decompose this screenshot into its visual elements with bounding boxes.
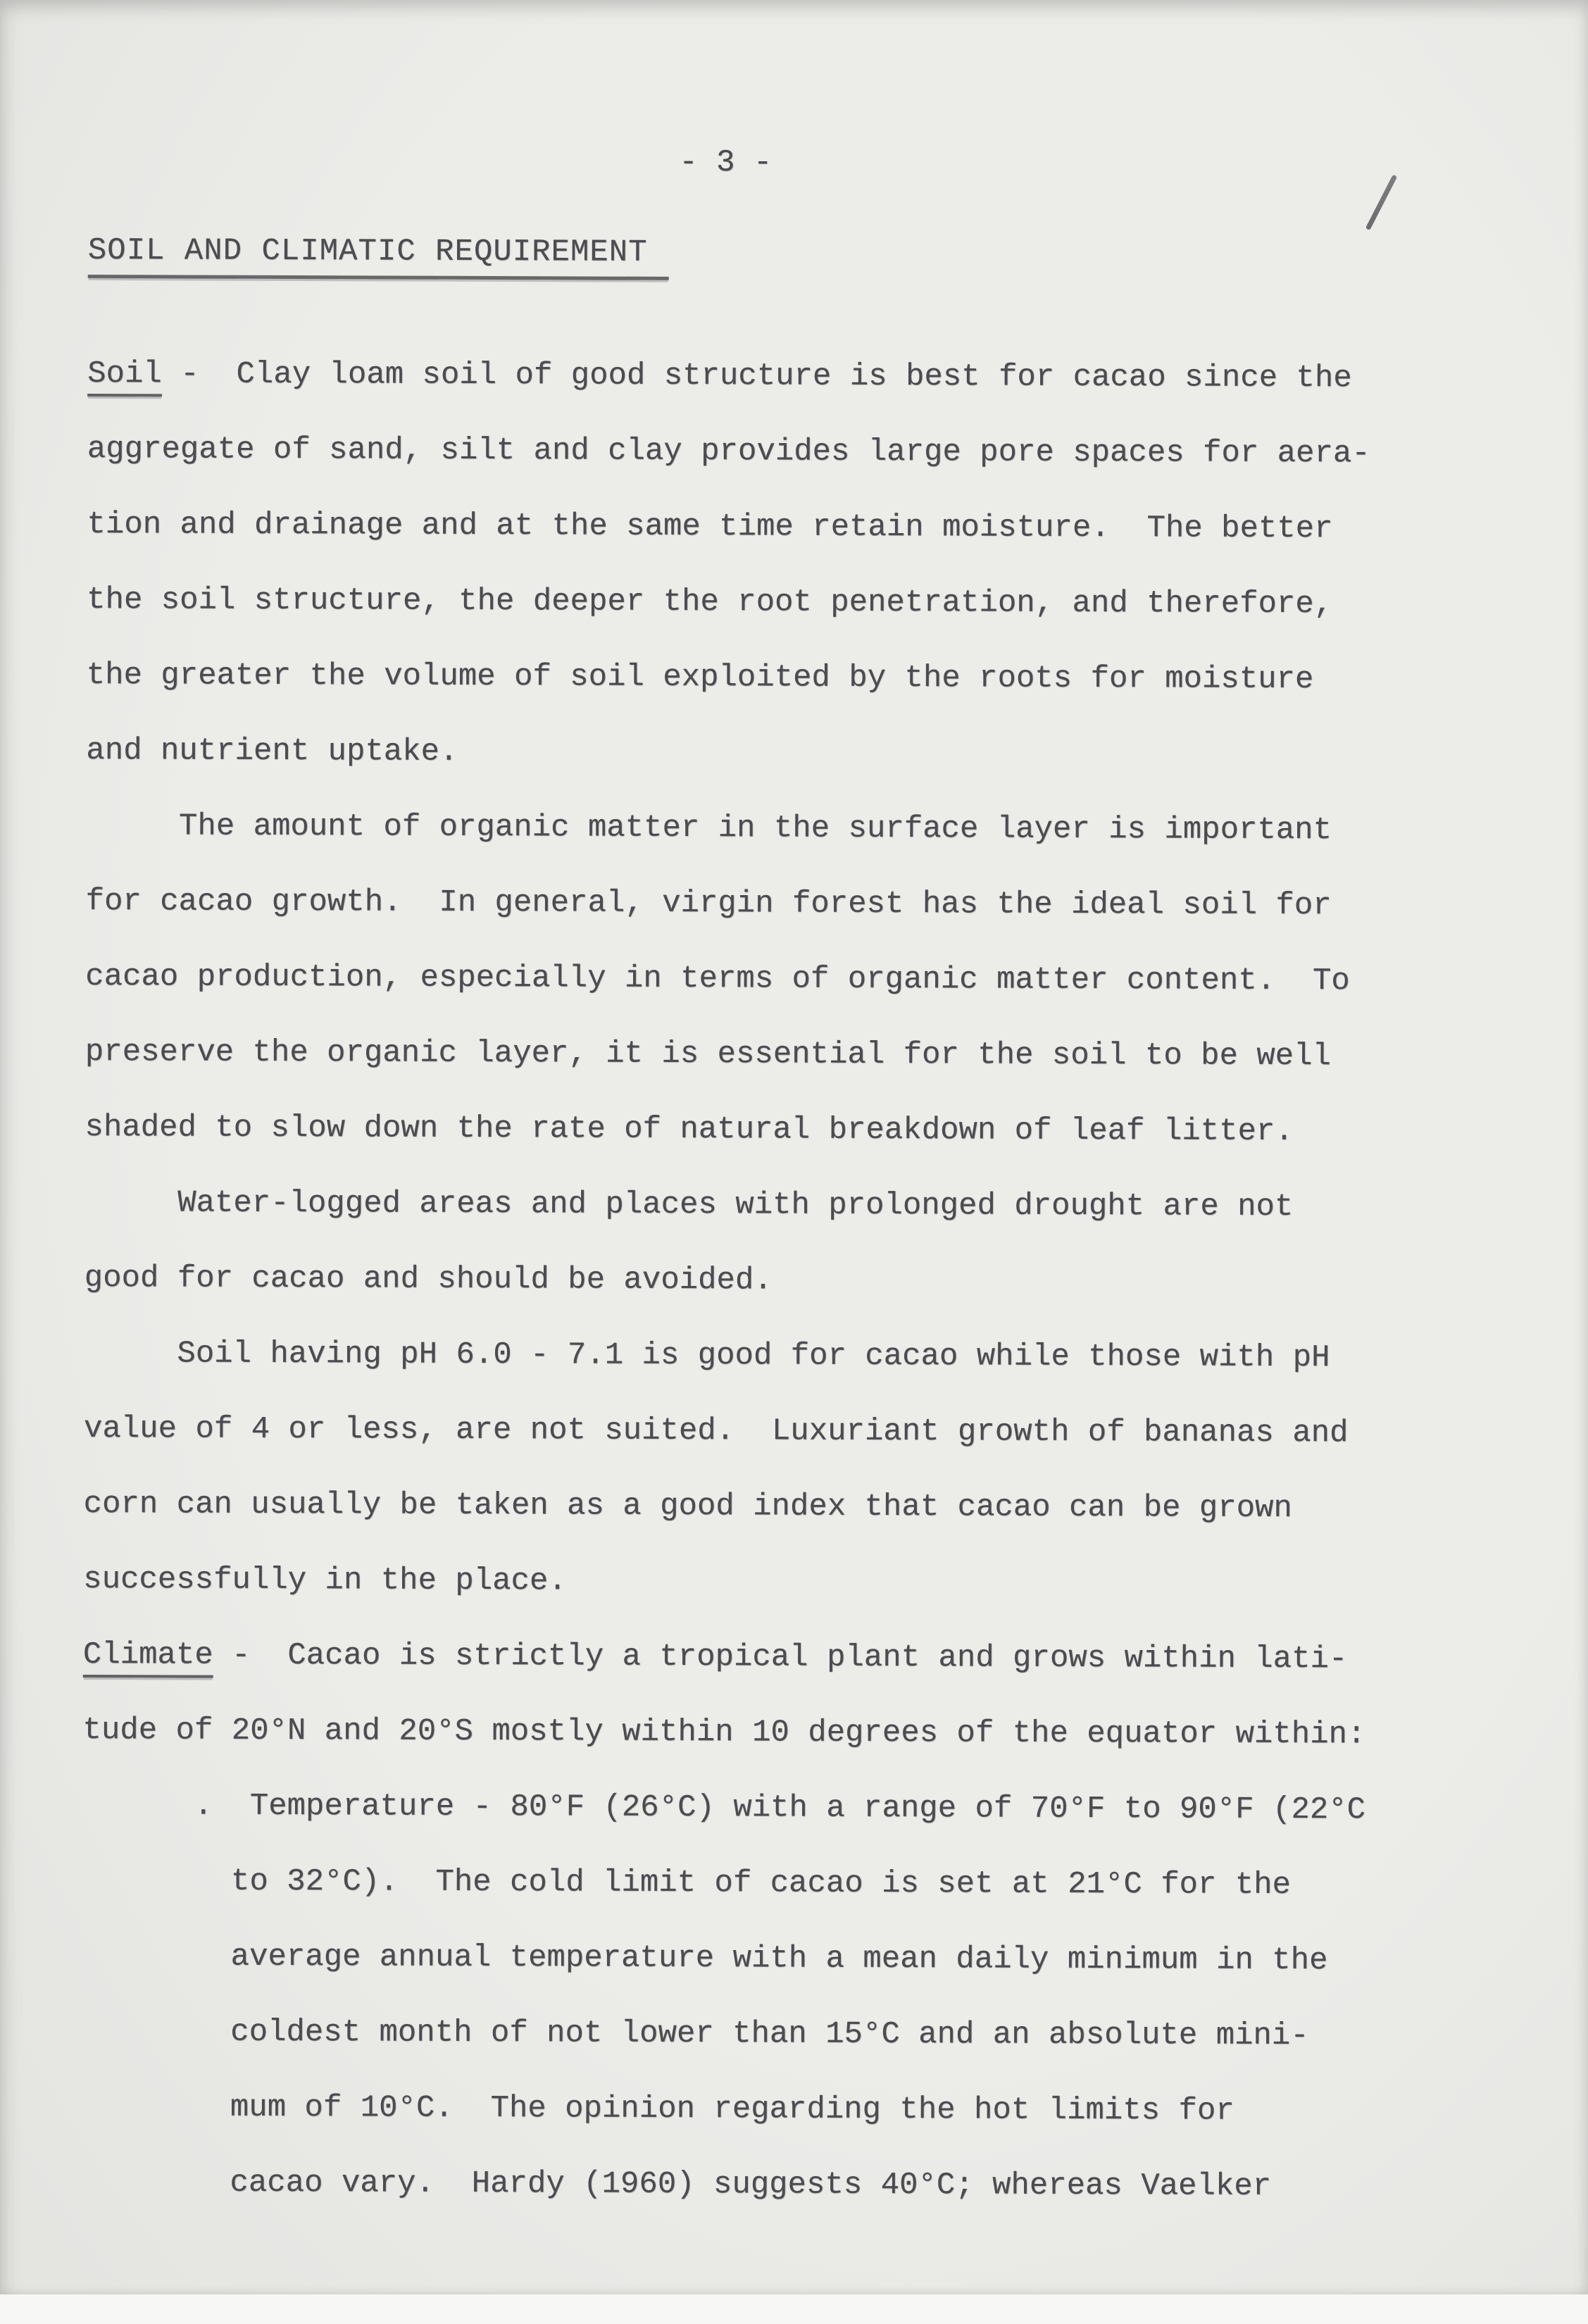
text-line: Water-logged areas and places with prolo… <box>85 1166 1465 1246</box>
text-line: The amount of organic matter in the surf… <box>86 789 1466 869</box>
scanned-document-page: - 3 - SOIL AND CLIMATIC REQUIREMENT Soil… <box>0 0 1588 2324</box>
text-line: Soil - Clay loam soil of good structure … <box>87 337 1468 417</box>
text-line: the soil structure, the deeper the root … <box>87 563 1467 643</box>
text-line: Soil having pH 6.0 - 7.1 is good for cac… <box>84 1316 1464 1397</box>
text-line-rest: - Cacao is strictly a tropical plant and… <box>213 1638 1348 1678</box>
text-line: average annual temperature with a mean d… <box>82 1919 1462 1999</box>
text-line: aggregate of sand, silt and clay provide… <box>87 412 1468 492</box>
text-line: cacao production, especially in terms of… <box>85 939 1465 1020</box>
text-line: mum of 10°C. The opinion regarding the h… <box>81 2070 1461 2150</box>
text-line: to 32°C). The cold limit of cacao is set… <box>82 1844 1463 1924</box>
text-line: and nutrient uptake. <box>86 713 1466 794</box>
document-body: Soil - Clay loam soil of good structure … <box>81 337 1468 2225</box>
text-line: tude of 20°N and 20°S mostly within 10 d… <box>82 1693 1463 1773</box>
pen-slash-mark <box>1365 175 1398 231</box>
scan-edge-strip <box>0 2294 1588 2324</box>
text-line: the greater the volume of soil exploited… <box>87 638 1467 718</box>
text-line: corn can usually be taken as a good inde… <box>83 1467 1463 1547</box>
text-line: . Temperature - 80°F (26°C) with a range… <box>82 1768 1463 1849</box>
text-line: cacao vary. Hardy (1960) suggests 40°C; … <box>81 2145 1461 2225</box>
text-line: coldest month of not lower than 15°C and… <box>82 1994 1462 2075</box>
text-line: successfully in the place. <box>83 1542 1463 1623</box>
underlined-word-climate: Climate <box>83 1637 213 1678</box>
underlined-word-soil: Soil <box>87 356 162 396</box>
text-line-rest: - Clay loam soil of good structure is be… <box>162 356 1352 396</box>
text-line: good for cacao and should be avoided. <box>85 1241 1465 1321</box>
text-line: shaded to slow down the rate of natural … <box>85 1090 1465 1170</box>
text-line: Climate - Cacao is strictly a tropical p… <box>83 1618 1463 1698</box>
text-line: preserve the organic layer, it is essent… <box>85 1015 1465 1095</box>
page-number: - 3 - <box>679 147 772 178</box>
text-line: value of 4 or less, are not suited. Luxu… <box>84 1392 1464 1472</box>
section-heading: SOIL AND CLIMATIC REQUIREMENT <box>88 232 669 280</box>
text-line: for cacao growth. In general, virgin for… <box>85 864 1465 944</box>
text-line: tion and drainage and at the same time r… <box>87 487 1467 568</box>
